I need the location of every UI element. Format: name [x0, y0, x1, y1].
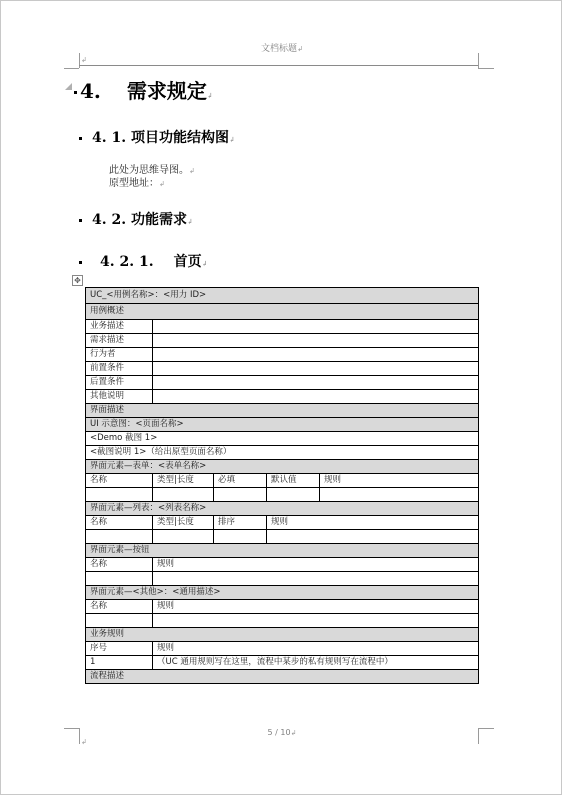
overview-label-cell[interactable]: 行为者	[86, 348, 153, 362]
crop-mark-top-right-v	[478, 53, 479, 68]
button-col-name[interactable]: 名称	[86, 558, 153, 572]
overview-label-cell[interactable]: 其他说明	[86, 390, 153, 404]
heading-1[interactable]: 4.需求规定↲	[65, 75, 213, 104]
list-col-sort[interactable]: 排序	[214, 516, 267, 530]
overview-value-cell[interactable]	[153, 376, 479, 390]
heading-4-2-1[interactable]: 4. 2. 1.首页↲	[79, 251, 207, 271]
overview-header-cell[interactable]: 用例概述	[86, 304, 479, 320]
page-indicator: 5 / 10↲	[1, 728, 562, 737]
list-bullet	[79, 219, 82, 222]
overview-value-cell[interactable]	[153, 362, 479, 376]
heading-4-2[interactable]: 4. 2. 功能需求↲	[79, 209, 193, 229]
business-rule-no-cell[interactable]: 1	[86, 656, 153, 670]
overview-label-cell[interactable]: 业务描述	[86, 320, 153, 334]
crop-mark-top-left-h	[64, 68, 79, 69]
heading-4-1[interactable]: 4. 1. 项目功能结构图↲	[79, 127, 235, 147]
overview-value-cell[interactable]	[153, 390, 479, 404]
business-rules-header-cell[interactable]: 业务规则	[86, 628, 479, 642]
heading-number: 4. 2. 1.	[100, 254, 154, 270]
demo-screenshot-cell[interactable]: <Demo 截图 1>	[86, 432, 479, 446]
other-header-cell[interactable]: 界面元素—<其他>：<通用描述>	[86, 586, 479, 600]
heading-text: 需求规定	[127, 79, 207, 103]
heading-text: 功能需求	[131, 212, 187, 228]
overview-value-cell[interactable]	[153, 334, 479, 348]
list-empty-cell[interactable]	[86, 530, 153, 544]
list-col-type-length[interactable]: 类型|长度	[153, 516, 214, 530]
uc-title-cell[interactable]: UC_<用例名称>：<用力 ID>	[86, 288, 479, 304]
heading-number: 4. 1.	[92, 130, 126, 146]
overview-label-cell[interactable]: 需求描述	[86, 334, 153, 348]
heading-text: 项目功能结构图	[131, 130, 229, 146]
heading-number: 4.	[80, 79, 101, 103]
crop-mark-top-right-h	[478, 68, 494, 69]
form-col-rule[interactable]: 规则	[320, 474, 479, 488]
business-rules-col-no[interactable]: 序号	[86, 642, 153, 656]
flow-header-cell[interactable]: 流程描述	[86, 670, 479, 684]
header-title[interactable]: 文档标题↲	[1, 41, 562, 54]
overview-value-cell[interactable]	[153, 320, 479, 334]
list-bullet	[79, 261, 82, 264]
form-header-cell[interactable]: 界面元素—表单：<表单名称>	[86, 460, 479, 474]
other-empty-cell[interactable]	[153, 614, 479, 628]
heading-number: 4. 2.	[92, 212, 126, 228]
ui-sketch-cell[interactable]: UI 示意图：<页面名称>	[86, 418, 479, 432]
button-header-cell[interactable]: 界面元素—按钮	[86, 544, 479, 558]
other-col-name[interactable]: 名称	[86, 600, 153, 614]
list-empty-cell[interactable]	[214, 530, 267, 544]
overview-value-cell[interactable]	[153, 348, 479, 362]
form-col-type-length[interactable]: 类型|长度	[153, 474, 214, 488]
form-empty-cell[interactable]	[86, 488, 153, 502]
list-col-rule[interactable]: 规则	[267, 516, 479, 530]
form-empty-cell[interactable]	[320, 488, 479, 502]
other-col-rule[interactable]: 规则	[153, 600, 479, 614]
form-col-default[interactable]: 默认值	[267, 474, 320, 488]
overview-label-cell[interactable]: 前置条件	[86, 362, 153, 376]
paragraph-mark: ↲	[207, 91, 213, 100]
form-col-name[interactable]: 名称	[86, 474, 153, 488]
form-empty-cell[interactable]	[214, 488, 267, 502]
button-empty-cell[interactable]	[153, 572, 479, 586]
table-move-handle-icon[interactable]: ✥	[72, 275, 83, 286]
button-empty-cell[interactable]	[86, 572, 153, 586]
use-case-table: UC_<用例名称>：<用力 ID> 用例概述 业务描述 需求描述 行为者 前置条…	[85, 287, 479, 684]
form-col-required[interactable]: 必填	[214, 474, 267, 488]
list-bullet	[74, 91, 77, 94]
screenshot-note-cell[interactable]: <截图说明 1>（给出原型页面名称）	[86, 446, 479, 460]
list-header-cell[interactable]: 界面元素—列表：<列表名称>	[86, 502, 479, 516]
heading-text: 首页	[174, 254, 202, 270]
footer-paragraph-mark: ↲	[81, 738, 87, 746]
business-rules-col-rule[interactable]: 规则	[153, 642, 479, 656]
form-empty-cell[interactable]	[267, 488, 320, 502]
header-rule	[79, 65, 478, 66]
list-empty-cell[interactable]	[153, 530, 214, 544]
other-empty-cell[interactable]	[86, 614, 153, 628]
list-empty-cell[interactable]	[267, 530, 479, 544]
ui-header-cell[interactable]: 界面描述	[86, 404, 479, 418]
list-col-name[interactable]: 名称	[86, 516, 153, 530]
collapse-triangle-icon[interactable]	[65, 83, 72, 90]
business-rule-text-cell[interactable]: （UC 通用规则写在这里，流程中某步的私有规则写在流程中）	[153, 656, 479, 670]
header-paragraph-mark: ↲	[81, 56, 87, 64]
list-bullet	[79, 137, 82, 140]
button-col-rule[interactable]: 规则	[153, 558, 479, 572]
overview-label-cell[interactable]: 后置条件	[86, 376, 153, 390]
body-text-prototype-url[interactable]: 原型地址：↲	[109, 177, 165, 191]
body-text-mindmap[interactable]: 此处为思维导图。↲	[109, 164, 195, 178]
form-empty-cell[interactable]	[153, 488, 214, 502]
